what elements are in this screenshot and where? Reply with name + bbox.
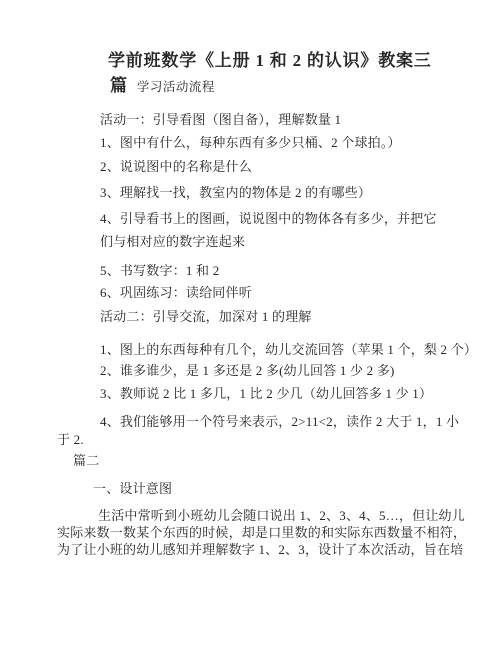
activity-2-step-2: 2、谁多谁少，是 1 多还是 2 多(幼儿回答 1 少 2 多) [100, 362, 395, 380]
document-subtitle: 学习活动流程 [137, 80, 215, 94]
activity-2-step-4: 4、我们能够用一个符号来表示，2>11<2，读作 2 大于 1，1 小 [100, 413, 459, 431]
document-title-line-2: 篇学习活动流程 [110, 76, 215, 97]
activity-1-heading: 活动一：引导看图（图自备），理解数量 1 [100, 111, 341, 129]
document-title-line-1: 学前班数学《上册 1 和 2 的认识》教案三 [108, 51, 432, 71]
design-intent-heading: 一、设计意图 [93, 480, 172, 498]
activity-2-heading: 活动二：引导交流，加深对 1 的理解 [100, 308, 312, 326]
activity-1-step-4: 4、引导看书上的图画，说说图中的物体各有多少，并把它 [100, 210, 437, 228]
activity-1-step-6: 6、巩固练习：读给同伴听 [100, 284, 252, 302]
part-2-heading: 篇二 [73, 452, 99, 470]
activity-1-step-5: 5、书写数字：1 和 2 [100, 262, 219, 280]
design-intent-paragraph-line-2: 实际来数一数某个东西的时候，却是口里数的和实际东西数量不相符， [57, 524, 466, 542]
document-title-line-2-lead: 篇 [110, 76, 128, 95]
activity-1-step-4-continued: 们与相对应的数字连起来 [100, 233, 245, 251]
design-intent-paragraph-line-3: 为了让小班的幼儿感知并理解数字 1、2、3，设计了本次活动，旨在培 [57, 541, 463, 559]
design-intent-paragraph-line-1: 生活中常听到小班幼儿会随口说出 1、2、3、4、5…，但让幼儿 [98, 507, 465, 525]
activity-2-step-3: 3、教师说 2 比 1 多几，1 比 2 少几（幼儿回答多 1 少 1） [100, 385, 432, 403]
activity-1-step-3: 3、理解找一找，教室内的物体是 2 的有哪些） [100, 184, 371, 202]
activity-1-step-1: 1、图中有什么，每种东西有多少只桶、2 个球拍。） [100, 134, 401, 152]
activity-2-step-4-continued: 于 2. [57, 431, 84, 449]
activity-2-step-1: 1、图上的东西每种有几个，幼儿交流回答（苹果 1 个，梨 2 个） [100, 341, 477, 359]
document-page: 学前班数学《上册 1 和 2 的认识》教案三 篇学习活动流程 活动一：引导看图（… [0, 0, 500, 647]
activity-1-step-2: 2、说说图中的名称是什么 [100, 158, 252, 176]
